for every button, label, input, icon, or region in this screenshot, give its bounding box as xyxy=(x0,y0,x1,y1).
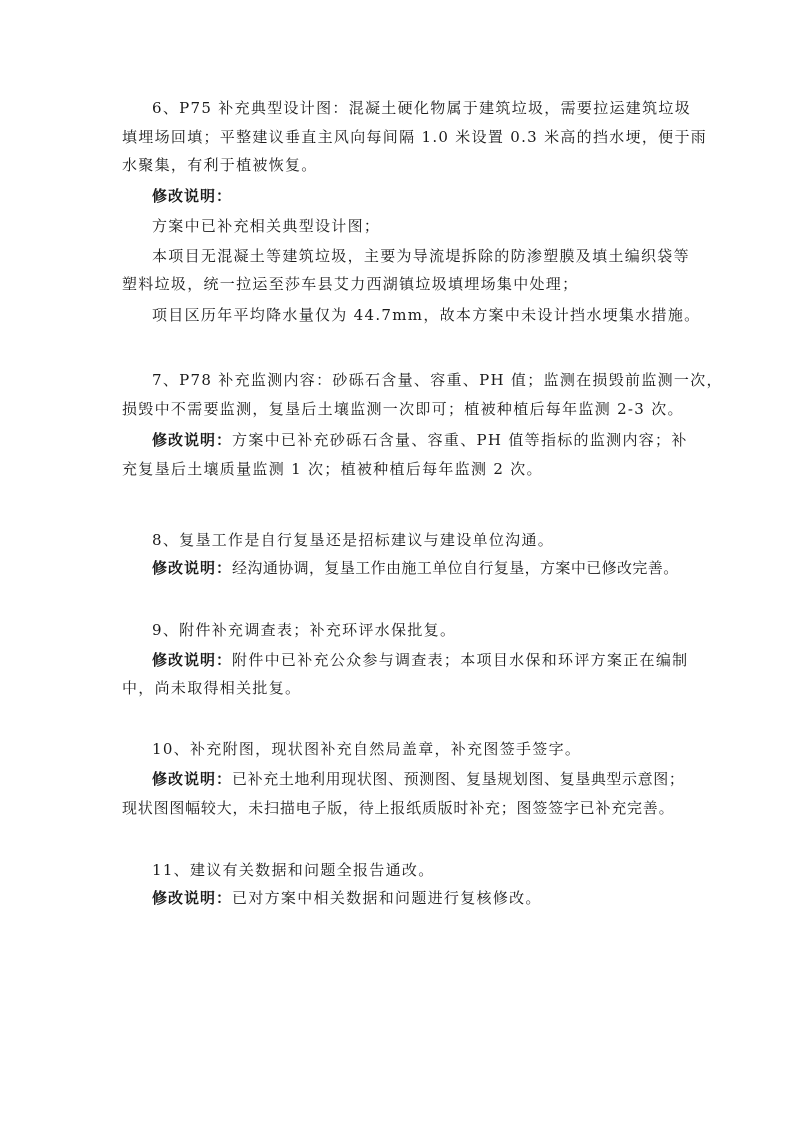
item-8-response-line-1: 经沟通协调，复垦工作由施工单位自行复垦，方案中已修改完善。 xyxy=(232,559,679,577)
item-11-response: 修改说明：已对方案中相关数据和问题进行复核修改。 xyxy=(152,887,674,909)
item-6-response-line-3: 塑料垃圾，统一拉运至莎车县艾力西湖镇垃圾填埋场集中处理； xyxy=(122,273,674,295)
item-11-response-label: 修改说明： xyxy=(152,889,232,907)
item-9-response-line-1: 附件中已补充公众参与调查表；本项目水保和环评方案正在编制 xyxy=(232,651,688,669)
item-9-response-label: 修改说明： xyxy=(152,651,232,669)
item-7-response: 修改说明：方案中已补充砂砾石含量、容重、PH 值等指标的监测内容；补 xyxy=(152,429,674,451)
document-page: 6、P75 补充典型设计图：混凝土硬化物属于建筑垃圾，需要拉运建筑垃圾 填埋场回… xyxy=(0,0,793,1122)
item-9-response: 修改说明：附件中已补充公众参与调查表；本项目水保和环评方案正在编制 xyxy=(152,649,674,671)
item-11-request-line-1: 11、建议有关数据和问题全报告通改。 xyxy=(152,859,674,881)
item-6-response-line-4: 项目区历年平均降水量仅为 44.7mm，故本方案中未设计挡水埂集水措施。 xyxy=(152,304,674,326)
item-9-request-line-1: 9、附件补充调查表；补充环评水保批复。 xyxy=(152,619,674,641)
item-10-request-line-1: 10、补充附图，现状图补充自然局盖章，补充图签手签字。 xyxy=(152,738,674,760)
item-8-response-label: 修改说明： xyxy=(152,559,232,577)
item-8-response: 修改说明：经沟通协调，复垦工作由施工单位自行复垦，方案中已修改完善。 xyxy=(152,557,674,579)
item-8-request-line-1: 8、复垦工作是自行复垦还是招标建议与建设单位沟通。 xyxy=(152,529,674,551)
item-9-response-line-2: 中，尚未取得相关批复。 xyxy=(122,677,674,699)
item-11-response-line-1: 已对方案中相关数据和问题进行复核修改。 xyxy=(232,889,542,907)
item-7-response-line-1: 方案中已补充砂砾石含量、容重、PH 值等指标的监测内容；补 xyxy=(232,431,688,449)
item-6-request-line-1: 6、P75 补充典型设计图：混凝土硬化物属于建筑垃圾，需要拉运建筑垃圾 xyxy=(152,97,674,119)
item-7-request-line-2: 损毁中不需要监测，复垦后土壤监测一次即可；植被种植后每年监测 2-3 次。 xyxy=(122,398,674,420)
item-6-response-line-2: 本项目无混凝土等建筑垃圾，主要为导流堤拆除的防渗塑膜及填土编织袋等 xyxy=(152,245,674,267)
item-10-response-line-2: 现状图图幅较大，未扫描电子版，待上报纸质版时补充；图签签字已补充完善。 xyxy=(122,797,674,819)
item-7-response-line-2: 充复垦后土壤质量监测 1 次；植被种植后每年监测 2 次。 xyxy=(122,458,674,480)
item-6-request-line-2: 填埋场回填；平整建议垂直主风向每间隔 1.0 米设置 0.3 米高的挡水埂，便于… xyxy=(122,126,674,148)
item-10-response-label: 修改说明： xyxy=(152,770,232,788)
item-7-response-label: 修改说明： xyxy=(152,431,232,449)
item-10-response: 修改说明：已补充土地利用现状图、预测图、复垦规划图、复垦典型示意图； xyxy=(152,768,674,790)
item-7-request-line-1: 7、P78 补充监测内容：砂砾石含量、容重、PH 值；监测在损毁前监测一次， xyxy=(152,369,674,391)
item-6-response-label: 修改说明： xyxy=(152,185,674,207)
item-6-request-line-3: 水聚集，有利于植被恢复。 xyxy=(122,154,674,176)
item-10-response-line-1: 已补充土地利用现状图、预测图、复垦规划图、复垦典型示意图； xyxy=(232,770,684,788)
item-6-response-line-1: 方案中已补充相关典型设计图； xyxy=(152,215,674,237)
